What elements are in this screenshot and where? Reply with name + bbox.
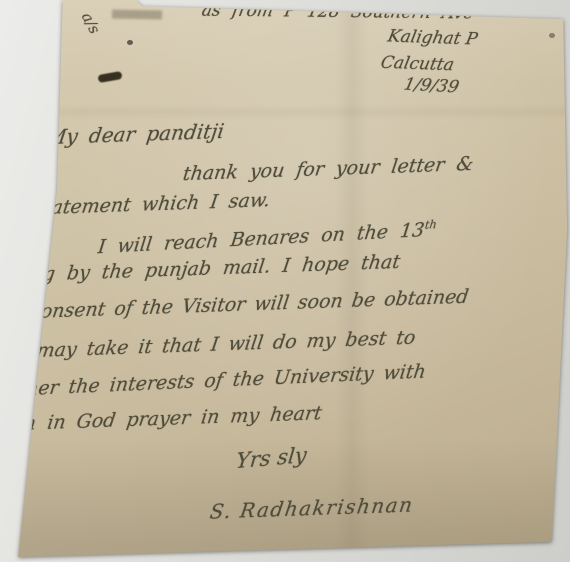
paper-crease-vertical: [335, 0, 369, 562]
ink-dash-mark: [97, 71, 122, 83]
body-line-8: faith in God prayer in my heart: [0, 402, 323, 436]
address-line-1: as from P 128 Southern Ave: [200, 1, 475, 24]
paper-crease-horizontal: [0, 104, 570, 120]
ink-dot-mark: [127, 40, 133, 45]
address-line-2: Kalighat P: [386, 27, 479, 50]
body-line-5: the consent of the Visitor will soon be …: [0, 286, 470, 325]
letter-paper-shadow: a/s as from P 128 Southern Ave Kalighat …: [0, 0, 570, 562]
corner-notation: a/s: [78, 9, 104, 37]
address-line-3: Calcutta: [379, 53, 456, 75]
letter-paper: a/s as from P 128 Southern Ave Kalighat …: [0, 0, 570, 562]
body-line-1: thank you for your letter &: [182, 153, 475, 185]
valediction: Yrs sly: [235, 443, 308, 473]
signature: S. Radhakrishnan: [208, 492, 415, 523]
body-line-2: the statement which I saw.: [0, 189, 272, 221]
salutation: My dear panditji: [44, 119, 225, 149]
ordinal-suffix: th: [424, 217, 438, 232]
stamp-smudge-mark: [112, 10, 162, 20]
photo-of-handwritten-letter: a/s as from P 128 Southern Ave Kalighat …: [0, 0, 570, 562]
letter-date: 1/9/39: [402, 75, 461, 98]
ink-speck-mark: [549, 33, 555, 38]
